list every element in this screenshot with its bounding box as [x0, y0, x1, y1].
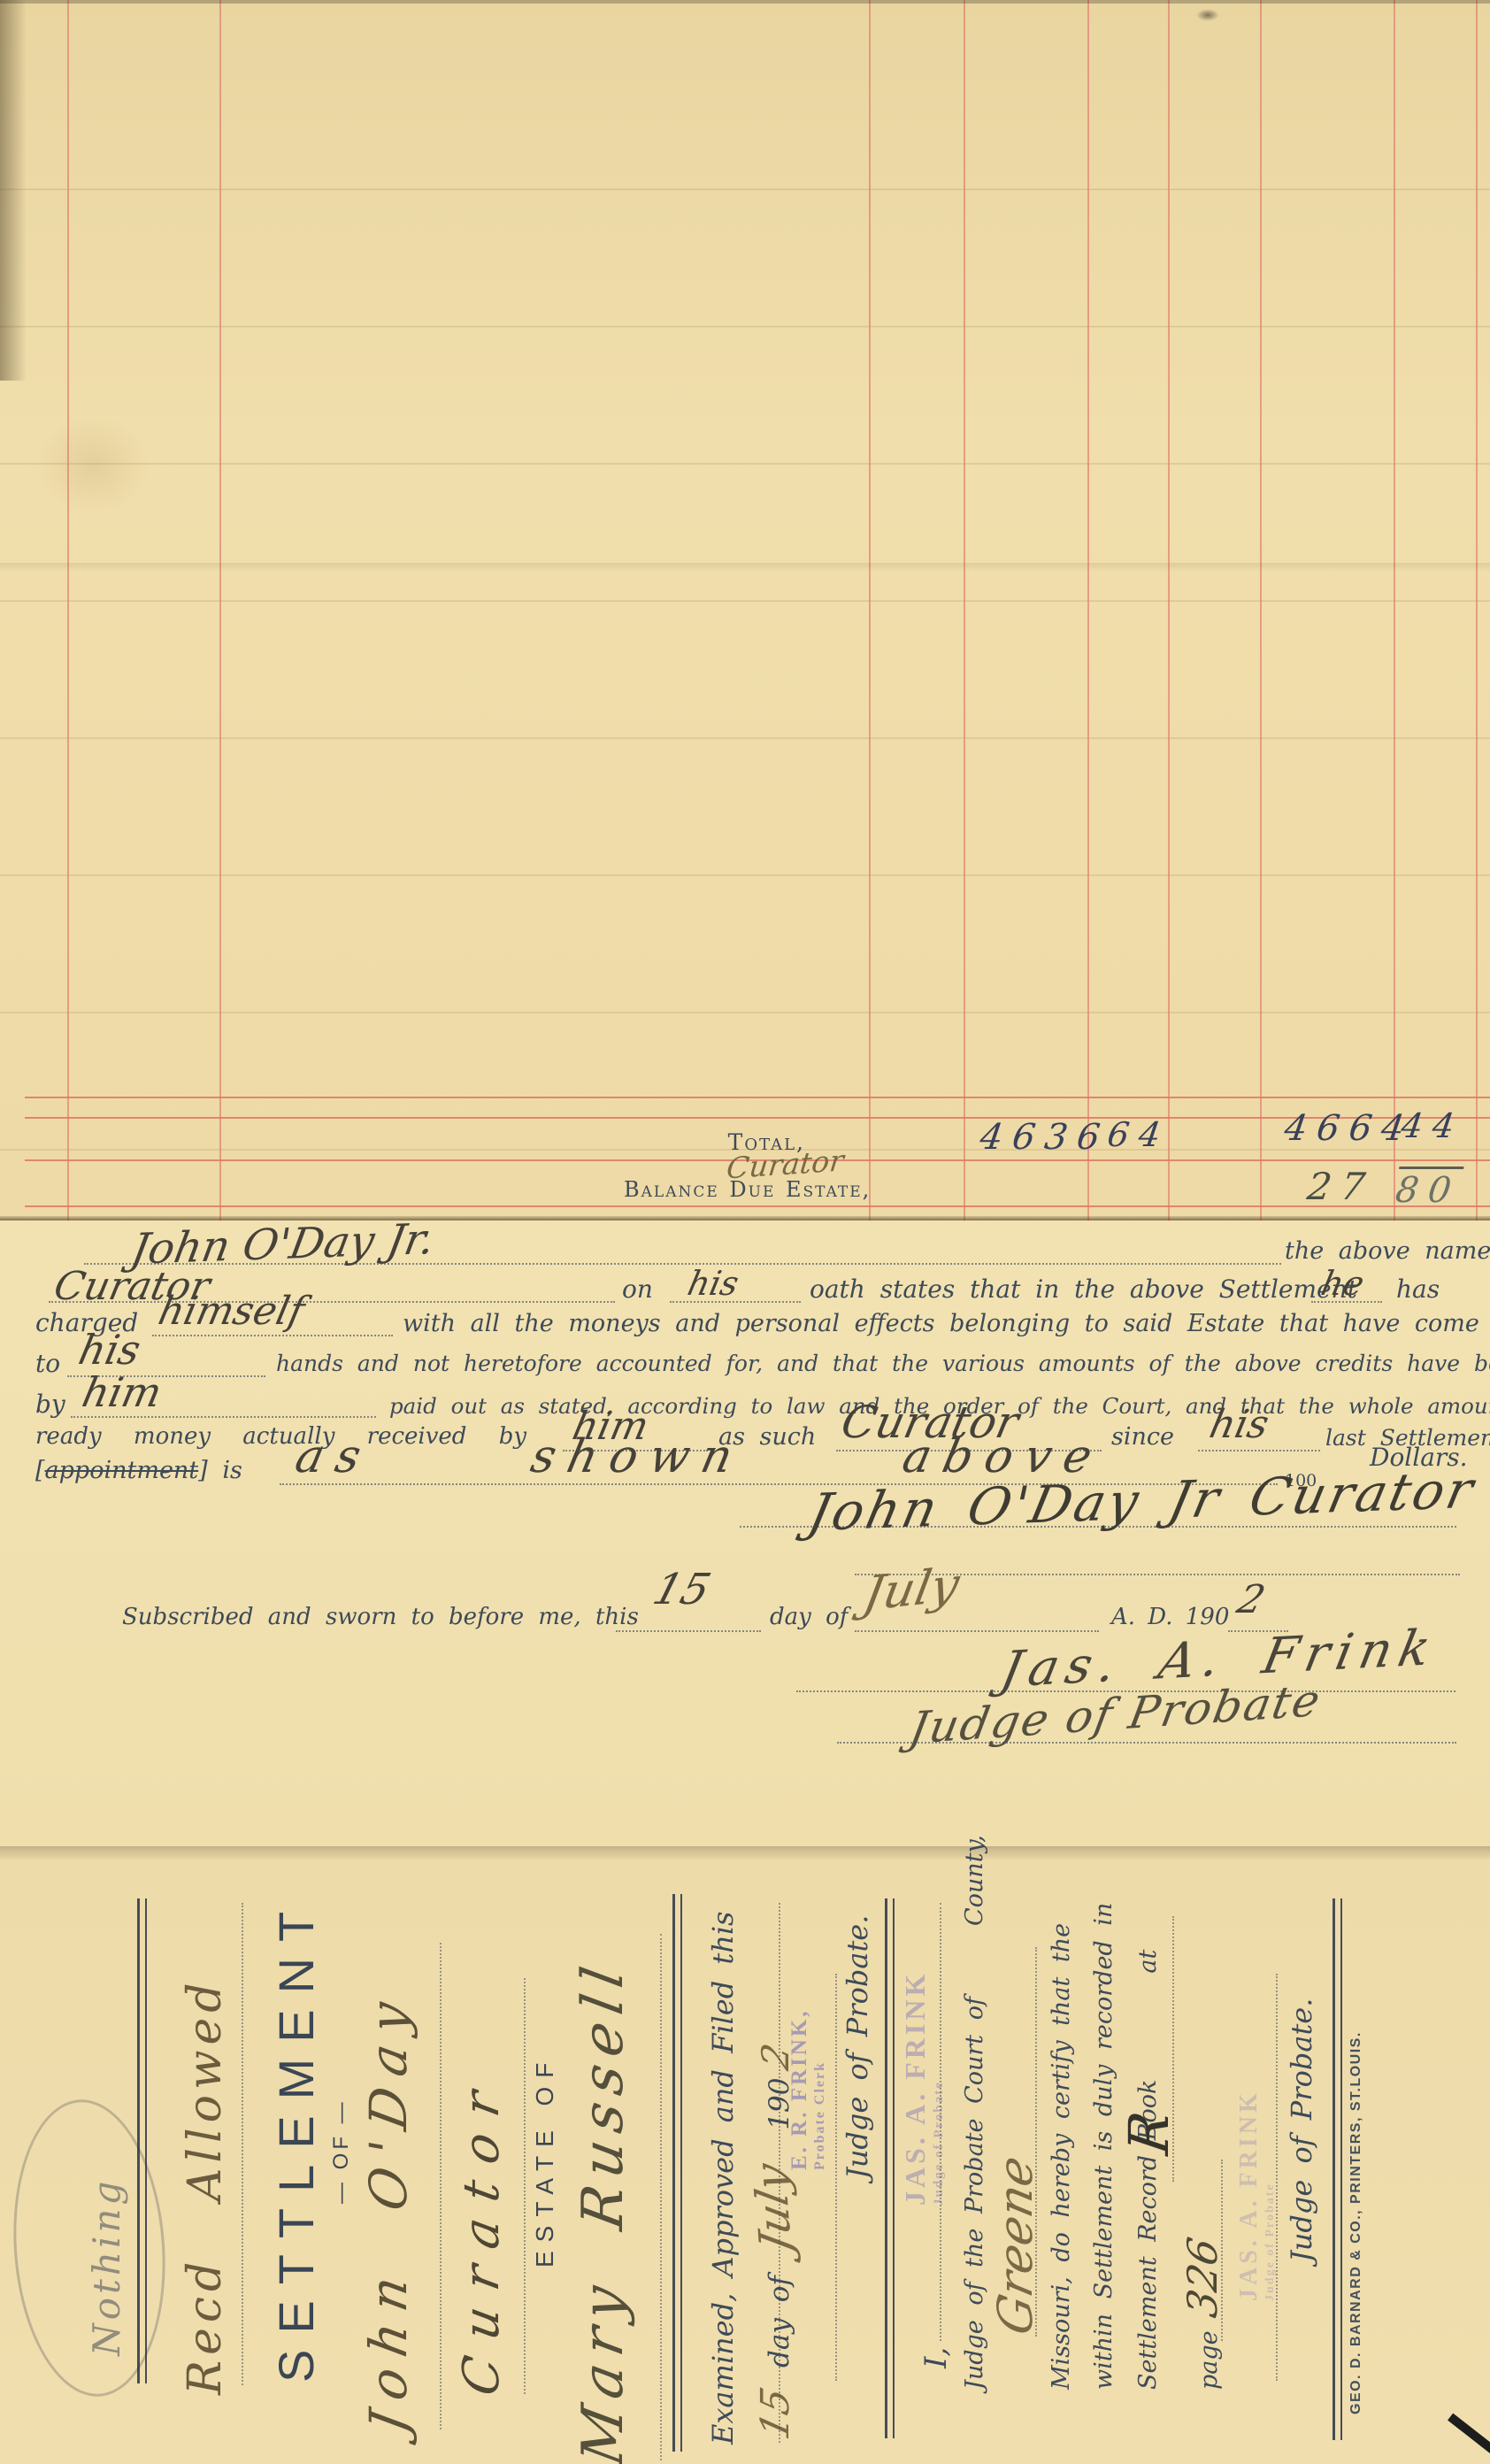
docket-dotted-rule: [940, 1903, 941, 2341]
ledger-row-rule: [25, 1205, 1490, 1207]
docket-rule: [137, 1898, 140, 2383]
pencil-note-handwritten: Nothing: [85, 2178, 128, 2356]
printed-text: Subscribed and sworn to before me, this: [122, 1604, 639, 1630]
docket-rule: [893, 1898, 895, 2438]
appointment-struck: [appointment] is: [35, 1457, 242, 1484]
ledger-column-rule: [1394, 0, 1395, 1223]
examined-filed-text: Examined, Approved and Filed this: [706, 1912, 740, 2445]
scan-edge-shadow: [0, 0, 27, 381]
docket-dotted-rule: [660, 1934, 662, 2460]
probate-clerk-stamp: E. R. FRINK, Probate Clerk: [787, 2008, 828, 2170]
his-handwritten: his: [1206, 1402, 1273, 1447]
printed-text: oath states that in the above Settlement: [810, 1274, 1357, 1304]
fill-line: [837, 1742, 1456, 1744]
total-amount-col2-cents: 44: [1399, 1106, 1467, 1145]
fold-crease: [0, 563, 1490, 572]
printed-text: hands and not heretofore accounted for, …: [276, 1351, 1490, 1376]
estate-of-label: ESTATE OF: [531, 2054, 559, 2268]
stamp-name: JAS. A. FRINK: [1235, 2090, 1263, 2301]
fill-line: [49, 1301, 615, 1303]
ledger-section: Total, Curator Balance Due Estate, 4636 …: [0, 0, 1490, 1226]
page-label: page: [1195, 2330, 1223, 2390]
of-label: — OF —: [329, 2098, 354, 2204]
ledger-column-rule: [67, 0, 69, 1223]
balance-due-label: Balance Due Estate,: [624, 1177, 871, 1202]
at-label: at: [1134, 1950, 1162, 1974]
paper-stain: [35, 416, 150, 513]
his-handwritten: his: [684, 1264, 741, 1303]
ledger-column-rule: [1087, 0, 1089, 1223]
page-line: page 326: [1179, 2238, 1226, 2390]
ledger-column-rule: [1260, 0, 1262, 1223]
signature-line: [740, 1526, 1456, 1528]
fill-line: [616, 1630, 761, 1632]
settlement-title: SETTLEMENT: [267, 1896, 325, 2383]
docket-rule: [680, 1894, 682, 2452]
printed-text: the above named: [1285, 1237, 1490, 1265]
estate-name-handwritten: Mary Russell: [571, 1953, 636, 2464]
judge-stamp-faint: JAS. A. FRINK Judge of Probate: [1235, 2090, 1278, 2301]
docket-dotted-rule: [1221, 2160, 1223, 2341]
amount-handwritten: as shown above: [291, 1430, 1110, 1483]
himself-handwritten: himself: [155, 1289, 309, 1334]
fill-line: [71, 1416, 376, 1418]
docket-rule: [885, 1898, 887, 2438]
document-scan: Total, Curator Balance Due Estate, 4636 …: [0, 0, 1490, 2464]
docket-dotted-rule: [835, 1974, 837, 2381]
his-handwritten: his: [74, 1326, 144, 1374]
docket-dotted-rule: [440, 1943, 442, 2429]
page-number-handwritten: 326: [1179, 2233, 1226, 2321]
filed-month-handwritten: July: [745, 2160, 803, 2256]
month-handwritten: July: [859, 1557, 964, 1622]
judge-of-probate-label-1: Judge of Probate.: [841, 1915, 874, 2179]
county-label: County,: [961, 1835, 988, 1926]
certificate-line-3: within Settlement is duly recorded in: [1090, 1903, 1117, 2390]
docket-rule: [145, 1898, 147, 2383]
printed-text: since: [1111, 1423, 1174, 1451]
balance-amount-cents: 80: [1393, 1167, 1463, 1211]
he-handwritten: he: [1317, 1264, 1367, 1303]
printed-text: has: [1396, 1274, 1440, 1304]
cert-text: Judge of the Probate Court of: [961, 1997, 988, 2390]
is-word: is: [222, 1457, 242, 1484]
certificate-i-label: I,: [918, 2347, 954, 2368]
fill-line: [855, 1630, 1099, 1632]
stamp-name: JAS. A. FRINK: [899, 1971, 932, 2206]
docket-rule: [1340, 1898, 1342, 2440]
printed-text: with all the moneys and personal effects…: [403, 1310, 1479, 1337]
ledger-row-rule: [25, 1117, 1490, 1119]
docket-dotted-rule: [1276, 1974, 1278, 2381]
ledger-column-rule: [964, 0, 965, 1223]
total-amount-col2-dollars: 4664: [1282, 1108, 1417, 1149]
docket-dotted-rule: [1172, 1916, 1174, 2182]
docket-role-handwritten: Curator: [453, 2069, 511, 2400]
ledger-column-rule: [1476, 0, 1478, 1223]
docket-dotted-rule: [524, 1978, 526, 2394]
judge-of-probate-label-2: Judge of Probate.: [1285, 1998, 1318, 2262]
bracket-close: ]: [198, 1457, 208, 1484]
docket-dotted-rule: [1035, 1947, 1037, 2337]
printed-text: by: [35, 1390, 65, 1419]
scan-edge-shadow-top: [0, 0, 1490, 4]
ledger-column-rule: [1168, 0, 1170, 1223]
certificate-line-4: Settlement Record Bookat: [1134, 1950, 1162, 2390]
fold-crease: [0, 1846, 1490, 1860]
certificate-line-2: Missouri, do hereby certify that the: [1048, 1923, 1075, 2390]
ledger-faint-rules: [0, 53, 1490, 1221]
ledger-column-rule: [219, 0, 221, 1223]
fill-line: [152, 1335, 393, 1336]
printed-text: A. D. 190: [1111, 1604, 1229, 1630]
printed-text: on: [622, 1274, 653, 1304]
fill-line: [1198, 1450, 1320, 1451]
filed-day-handwritten: 15: [753, 2383, 798, 2445]
bracket-open: [: [35, 1457, 45, 1484]
docket-dotted-rule: [242, 1903, 243, 2385]
printed-text: to: [35, 1349, 60, 1378]
ink-speck: [1196, 9, 1219, 21]
balance-amount-dollars: 27: [1305, 1165, 1378, 1208]
fill-line: [84, 1263, 1281, 1265]
total-amount-col1-dollars: 4636: [978, 1117, 1112, 1158]
struck-word: appointment: [45, 1457, 199, 1484]
stamp-name: E. R. FRINK,: [787, 2008, 812, 2170]
docket-rule: [1333, 1898, 1335, 2440]
allowed-note-handwritten: Recd Allowed: [179, 1977, 232, 2395]
certificate-line-1: Judge of the Probate Court ofCounty,: [961, 1835, 988, 2390]
ledger-row-rule: [25, 1097, 1490, 1098]
docket-name-handwritten: John O'Day: [358, 1985, 419, 2437]
printed-text: day of: [770, 1604, 848, 1630]
printer-credit: GEO. D. BARNARD & CO., PRINTERS, ST.LOUI…: [1348, 2031, 1364, 2414]
total-amount-col1-cents: 64: [1105, 1115, 1173, 1154]
ledger-column-rule: [869, 0, 871, 1223]
him-handwritten: him: [78, 1368, 165, 1416]
docket-dotted-rule: [779, 1903, 780, 2443]
docket-rule: [672, 1894, 675, 2452]
stamp-title: Probate Clerk: [812, 2008, 828, 2170]
